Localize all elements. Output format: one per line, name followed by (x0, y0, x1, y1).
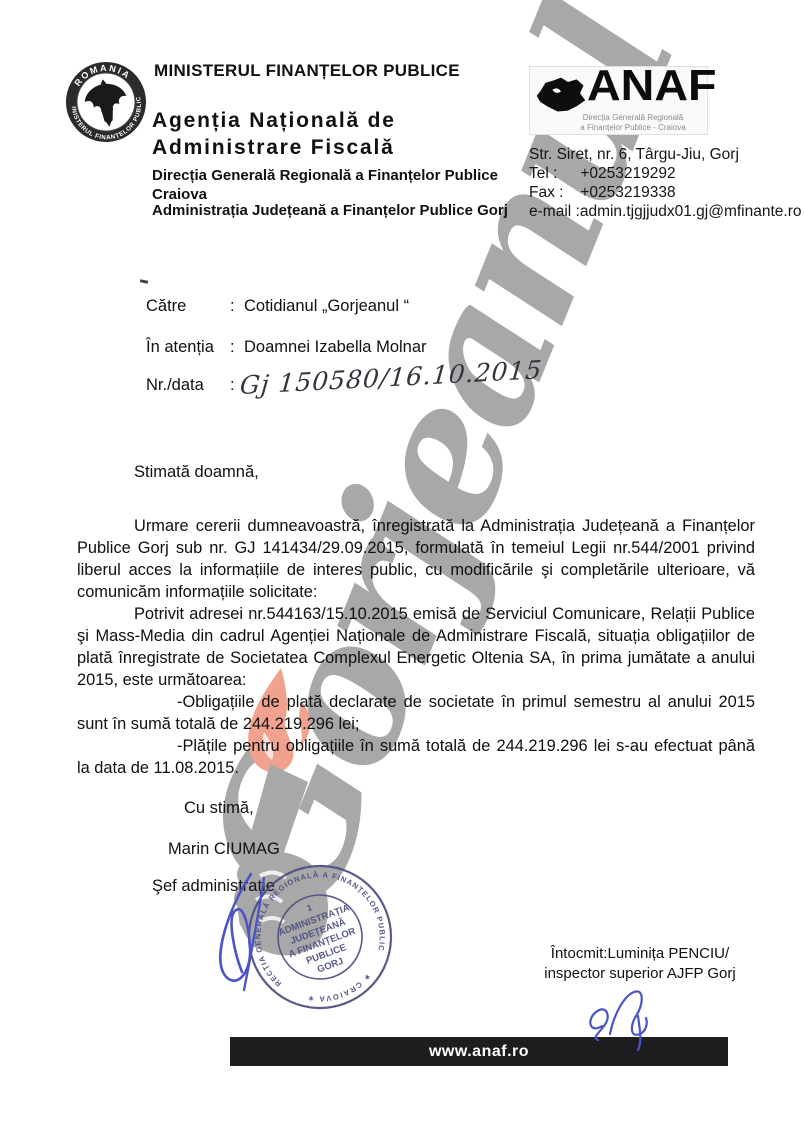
paragraph-4: -Plățile pentru obligațiile în sumă tota… (77, 735, 755, 779)
regional-direction: Direcția Generală Regională a Finanțelor… (152, 166, 498, 204)
number-date-label: Nr./data (146, 376, 226, 395)
signature (204, 868, 319, 1013)
salutation: Stimată doamnă, (134, 463, 259, 482)
to-label: Către (146, 297, 226, 316)
tel-value: +0253219292 (580, 165, 675, 182)
prepared-line2: inspector superior AJFP Gorj (540, 964, 740, 984)
tel-label: Tel : (529, 165, 576, 183)
fax-value: +0253219338 (580, 184, 675, 201)
contact-address: Str. Siret, nr. 6, Târgu-Jiu, Gorj (529, 146, 739, 164)
prepared-line1: Întocmit:Luminița PENCIU/ (540, 944, 740, 964)
paragraph-1: Urmare cererii dumneavoastră, înregistra… (77, 515, 755, 603)
fax-label: Fax : (529, 184, 576, 202)
inspector-initials-signature (580, 982, 672, 1052)
scan-artifact-dash (140, 279, 148, 284)
letter-body: Urmare cererii dumneavoastră, înregistra… (77, 515, 755, 779)
direction-line1: Direcția Generală Regională a Finanțelor… (152, 166, 498, 185)
anaf-wordmark: ANAF (587, 61, 717, 111)
anaf-sub-line1: Direcția Generală Regională (562, 113, 704, 123)
email-label: e-mail : (529, 203, 580, 220)
anaf-logo-subtitle: Direcția Generală Regională a Finanțelor… (562, 113, 704, 132)
website-url: www.anaf.ro (429, 1043, 529, 1061)
contact-email: e-mail :admin.tjgjjudx01.gj@mfinante.ro (529, 203, 801, 221)
paragraph-3: -Obligațiile de plată declarate de socie… (77, 691, 755, 735)
attention-colon: : (230, 338, 235, 357)
agency-line2: Administrare Fiscală (152, 134, 396, 161)
ministry-seal-icon: ROMANIA MINISTERUL FINANȚELOR PUBLICE (63, 57, 149, 147)
ministry-title: MINISTERUL FINANȚELOR PUBLICE (154, 61, 460, 81)
to-colon: : (230, 297, 235, 316)
paragraph-2: Potrivit adresei nr.544163/15.10.2015 em… (77, 603, 755, 691)
county-administration: Administrația Județeană a Finanțelor Pub… (152, 202, 508, 219)
to-value: Cotidianul „Gorjeanul “ (244, 297, 409, 316)
attention-value: Doamnei Izabella Molnar (244, 338, 427, 357)
anaf-sub-line2: a Finanțelor Publice - Craiova (562, 123, 704, 133)
closing-regards: Cu stimă, (184, 799, 254, 818)
agency-line1: Agenția Națională de (152, 107, 396, 134)
prepared-by: Întocmit:Luminița PENCIU/ inspector supe… (540, 944, 740, 984)
anaf-logo: ANAF Direcția Generală Regională a Finan… (529, 66, 708, 135)
attention-label: În atenția (146, 338, 226, 357)
contact-tel: Tel : +0253219292 (529, 165, 676, 183)
number-date-colon: : (230, 376, 235, 395)
email-value: admin.tjgjjudx01.gj@mfinante.ro (580, 203, 802, 220)
agency-title: Agenția Națională de Administrare Fiscal… (152, 107, 396, 161)
contact-fax: Fax : +0253219338 (529, 184, 676, 202)
romania-map-icon (535, 75, 587, 115)
